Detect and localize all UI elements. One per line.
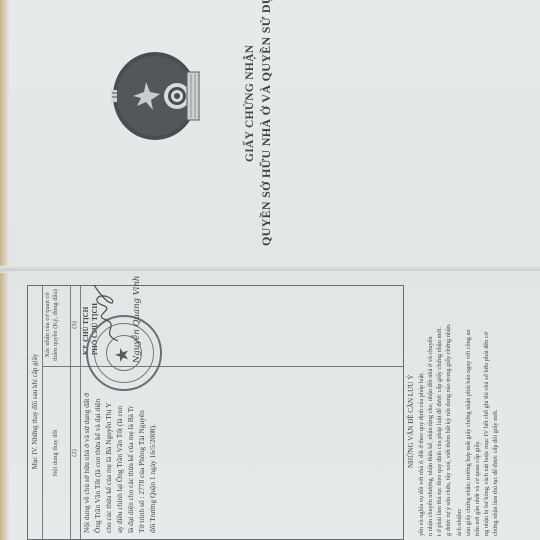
certificate-front-page: GIẤY CHỨNG NHẬN QUYỀN SỞ HỮU NHÀ Ở VÀ QU… — [9, 0, 540, 268]
front-rotated-frame: GIẤY CHỨNG NHẬN QUYỀN SỞ HỮU NHÀ Ở VÀ QU… — [9, 0, 540, 268]
certificate-back-page: Mục IV. Những thay đổi sau khi cấp giấy … — [9, 271, 540, 540]
note-line: n nhận chuyển nhượng, nhận thừa kế, nhận… — [427, 336, 434, 536]
note-line: uản giấy chứng nhận; trường hợp mất giấy… — [465, 330, 472, 536]
back-rotated-frame: Mục IV. Những thay đổi sau khi cấp giấy … — [9, 271, 540, 540]
change-line: Nội dung về chủ sở hữu nhà ở và sử dụng … — [82, 393, 91, 533]
note-line: trấn nơi gần nhất và cơ quan cấp giấy. — [474, 440, 481, 536]
change-line: cho các thừa kế của mẹ là Bà Nguyễn Thị … — [104, 403, 113, 533]
change-line: là đại diện cho các thừa kế của mẹ là Bà… — [126, 406, 135, 533]
column-header-change-content: Nội dung thay đổi — [52, 367, 60, 539]
note-line: yền và nghĩa vụ đối với nhà ở, đất ở the… — [418, 372, 425, 536]
stamp-star-icon: ★ — [113, 347, 131, 363]
change-line: Tờ trình số : 2778 của Phòng Tài Nguyên — [137, 410, 146, 533]
signer-name: Nguyễn Quang Vinh — [132, 276, 142, 363]
handwritten-signature — [88, 283, 128, 343]
note-line: g được tự ý sửa chữa, tẩy xoá, viết thêm… — [445, 323, 452, 536]
certificate-title-line2: QUYỀN SỞ HỮU NHÀ Ở VÀ QUYỀN SỬ DỤ — [259, 0, 274, 246]
note-line: t ở phải làm thủ tục theo quy định của p… — [436, 327, 443, 536]
note-line: ách nhiệm: — [456, 508, 463, 536]
column-header-authority-confirmation: Xác nhận của cơ quan có thẩm quyền (Ký, … — [44, 287, 60, 363]
column-number-3: (3) — [71, 287, 79, 363]
change-line: ay điều chỉnh lại Ông Trần Văn Tốt (là c… — [115, 406, 124, 533]
note-line: chứng nhận làm thủ tục để được cấp đổi g… — [492, 409, 499, 536]
section-title: Mục IV. Những thay đổi sau khi cấp giấy — [31, 284, 39, 539]
change-line: đổi Trường Quận 1 ngày 16/5/2008). — [148, 424, 157, 533]
column-number-2: (2) — [71, 367, 79, 539]
change-line: Ông Trần Văn Tốt (là con thừa kế và đại … — [93, 399, 102, 533]
certificate-title-line1: GIẤY CHỨNG NHẬN — [244, 45, 256, 162]
note-line: ng nhận bị hư hỏng, rách nát hoặc mục IV… — [483, 332, 490, 536]
notes-title: NHỮNG VẤN ĐỀ CẦN LƯU Ý — [407, 375, 415, 468]
changes-table: Mục IV. Những thay đổi sau khi cấp giấy … — [27, 285, 404, 540]
